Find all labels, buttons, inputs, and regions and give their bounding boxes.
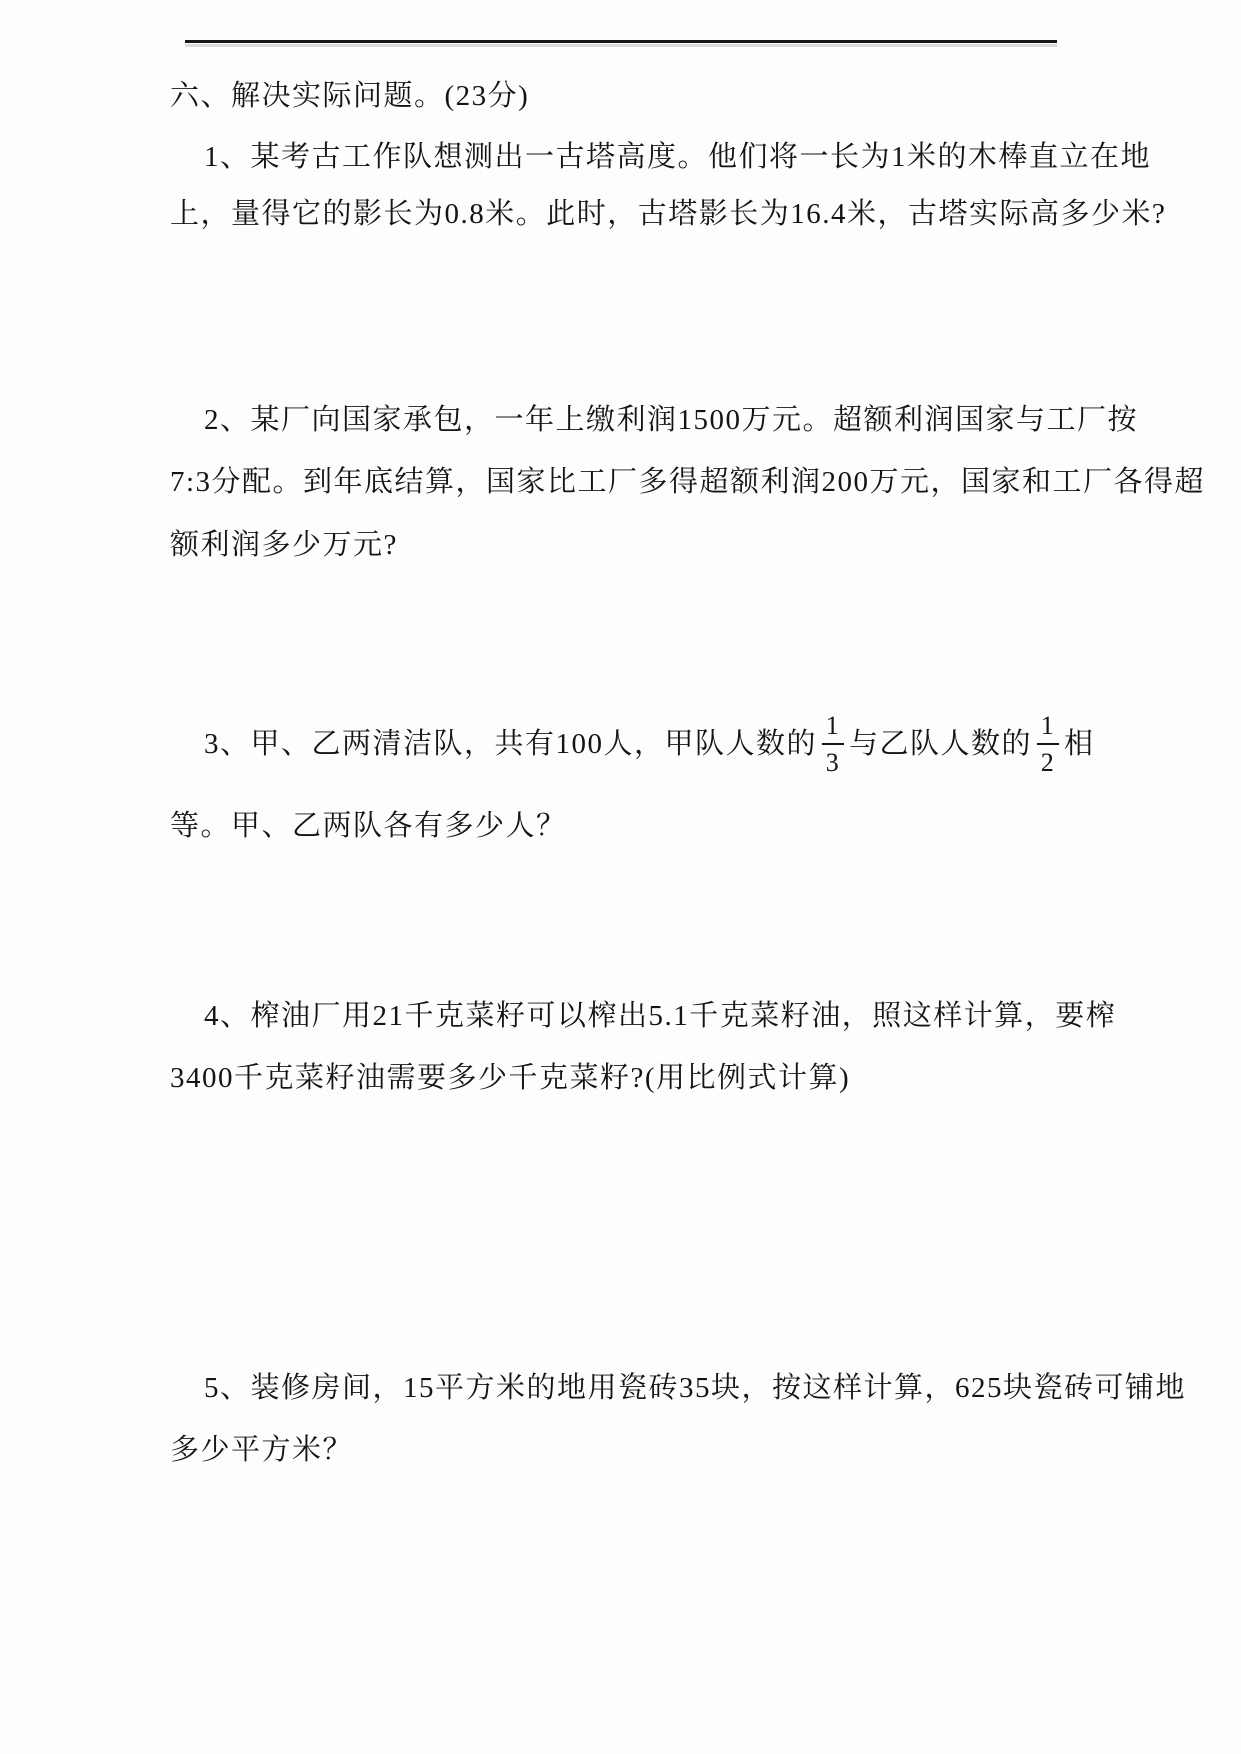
question-1-line-2: 上，量得它的影长为0.8米。此时，古塔影长为16.4米，古塔实际高多少米? [170,196,1166,232]
fraction-denominator: 3 [826,749,841,776]
question-2-line-1: 2、某厂向国家承包，一年上缴利润1500万元。超额利润国家与工厂按 [204,402,1138,438]
fraction-numerator: 1 [1041,712,1056,739]
top-divider-rule [185,40,1057,43]
question-5-line-2: 多少平方米？ [170,1432,353,1468]
question-1-line-1: 1、某考古工作队想测出一古塔高度。他们将一长为1米的木棒直立在地 [204,139,1151,175]
fraction-bar [822,743,844,745]
question-3-line-1-text-c: 相 [1064,726,1095,762]
question-5-line-1: 5、装修房间，15平方米的地用瓷砖35块，按这样计算，625块瓷砖可铺地 [204,1370,1186,1406]
fraction-bar [1037,743,1059,745]
question-4-line-1: 4、榨油厂用21千克菜籽可以榨出5.1千克菜籽油，照这样计算，要榨 [204,998,1116,1034]
section-heading: 六、解决实际问题。(23分) [170,78,529,114]
fraction-one-half: 1 2 [1037,712,1059,777]
question-3-line-2: 等。甲、乙两队各有多少人？ [170,808,567,844]
question-3-line-1-text-a: 3、甲、乙两清洁队，共有100人，甲队人数的 [204,726,817,762]
fraction-one-third: 1 3 [822,712,844,777]
worksheet-page: 六、解决实际问题。(23分) 1、某考古工作队想测出一古塔高度。他们将一长为1米… [0,0,1241,1754]
question-3-line-1-text-b: 与乙队人数的 [849,726,1032,762]
question-2-line-3: 额利润多少万元? [170,527,398,563]
question-3-line-1: 3、甲、乙两清洁队，共有100人，甲队人数的 1 3 与乙队人数的 1 2 相 [204,702,1095,786]
fraction-denominator: 2 [1041,749,1056,776]
question-4-line-2: 3400千克菜籽油需要多少千克菜籽?(用比例式计算) [170,1060,850,1096]
question-2-line-2: 7:3分配。到年底结算，国家比工厂多得超额利润200万元，国家和工厂各得超 [170,464,1205,500]
fraction-numerator: 1 [826,712,841,739]
